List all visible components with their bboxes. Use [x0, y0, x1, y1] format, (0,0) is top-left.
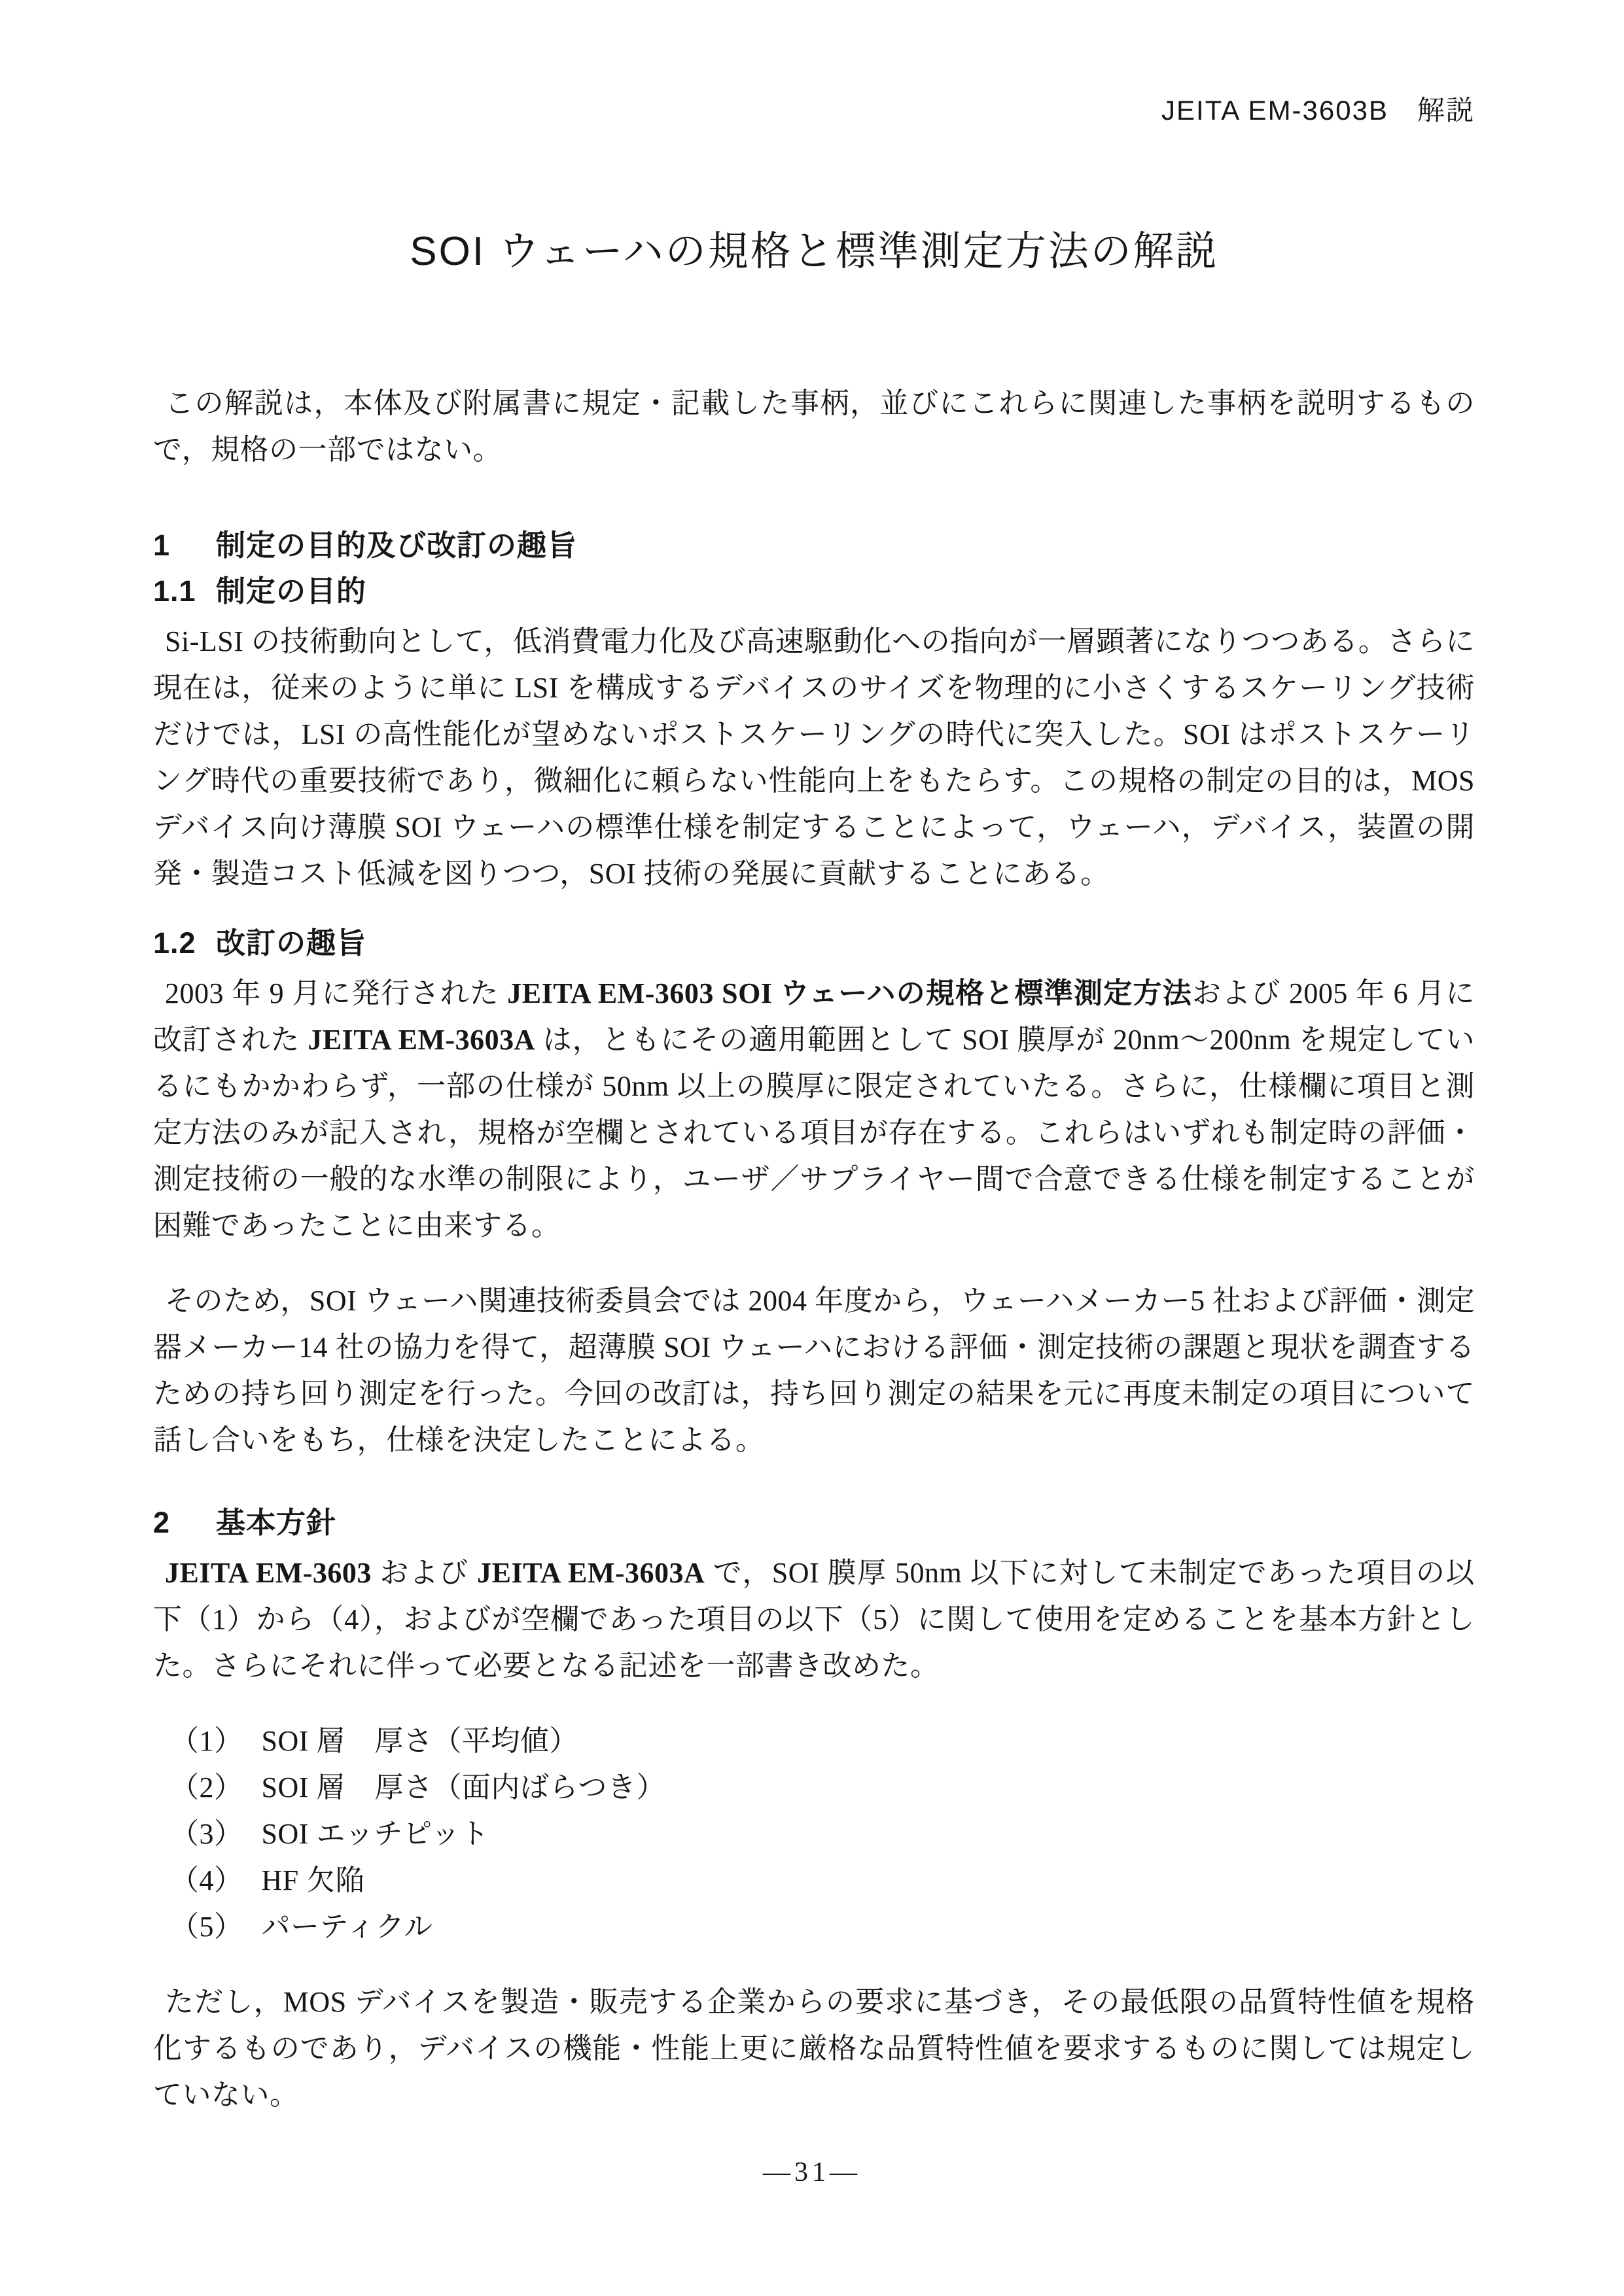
intro-paragraph: この解説は，本体及び附属書に規定・記載した事柄，並びにこれらに関連した事柄を説明…: [153, 380, 1475, 473]
document-page: JEITA EM-3603B 解説 SOI ウェーハの規格と標準測定方法の解説 …: [0, 0, 1624, 2296]
document-header: JEITA EM-3603B 解説: [153, 94, 1475, 128]
section-1-1-heading: 1.1制定の目的: [153, 574, 1475, 609]
section-1-1-paragraph: Si-LSI の技術動向として，低消費電力化及び高速駆動化への指向が一層顕著にな…: [153, 618, 1475, 897]
item-label: SOI 層 厚さ（平均値）: [262, 1718, 578, 1764]
section-2-title: 基本方針: [216, 1506, 336, 1539]
item-label: HF 欠陥: [262, 1857, 365, 1904]
list-item: （1）SOI 層 厚さ（平均値）: [153, 1718, 1475, 1764]
section-1-title: 制定の目的及び改訂の趣旨: [216, 529, 577, 562]
item-number: （1）: [170, 1718, 243, 1764]
section-2-heading: 2基本方針: [153, 1505, 1475, 1540]
list-item: （4）HF 欠陥: [153, 1857, 1475, 1904]
item-label: SOI 層 厚さ（面内ばらつき）: [262, 1764, 665, 1811]
section-1-2-paragraph-1: 2003 年 9 月に発行された JEITA EM-3603 SOI ウェーハの…: [153, 970, 1475, 1249]
page-title: SOI ウェーハの規格と標準測定方法の解説: [153, 227, 1475, 277]
item-number: （2）: [170, 1764, 243, 1811]
list-item: （3）SOI エッチピット: [153, 1811, 1475, 1857]
section-1-number: 1: [153, 528, 216, 563]
item-number: （5）: [170, 1904, 243, 1950]
item-number: （3）: [170, 1811, 243, 1857]
section-1-1-number: 1.1: [153, 574, 216, 609]
section-1-2-heading: 1.2改訂の趣旨: [153, 926, 1475, 961]
section-1-2-number: 1.2: [153, 926, 216, 961]
section-1-heading: 1制定の目的及び改訂の趣旨: [153, 528, 1475, 563]
section-1-2-title: 改訂の趣旨: [216, 926, 366, 960]
section-1-1-title: 制定の目的: [216, 574, 366, 608]
list-item: （2）SOI 層 厚さ（面内ばらつき）: [153, 1764, 1475, 1811]
list-item: （5）パーティクル: [153, 1904, 1475, 1950]
section-2-number: 2: [153, 1505, 216, 1540]
section-1-2-paragraph-2: そのため，SOI ウェーハ関連技術委員会では 2004 年度から，ウェーハメーカ…: [153, 1278, 1475, 1463]
numbered-list: （1）SOI 層 厚さ（平均値） （2）SOI 層 厚さ（面内ばらつき） （3）…: [153, 1718, 1475, 1950]
item-label: パーティクル: [262, 1904, 433, 1950]
page-number: —31—: [0, 2157, 1624, 2187]
item-label: SOI エッチピット: [262, 1811, 489, 1857]
section-2-paragraph-2: ただし，MOS デバイスを製造・販売する企業からの要求に基づき，その最低限の品質…: [153, 1979, 1475, 2118]
section-2-paragraph-1: JEITA EM-3603 および JEITA EM-3603A で，SOI 膜…: [153, 1550, 1475, 1689]
item-number: （4）: [170, 1857, 243, 1904]
